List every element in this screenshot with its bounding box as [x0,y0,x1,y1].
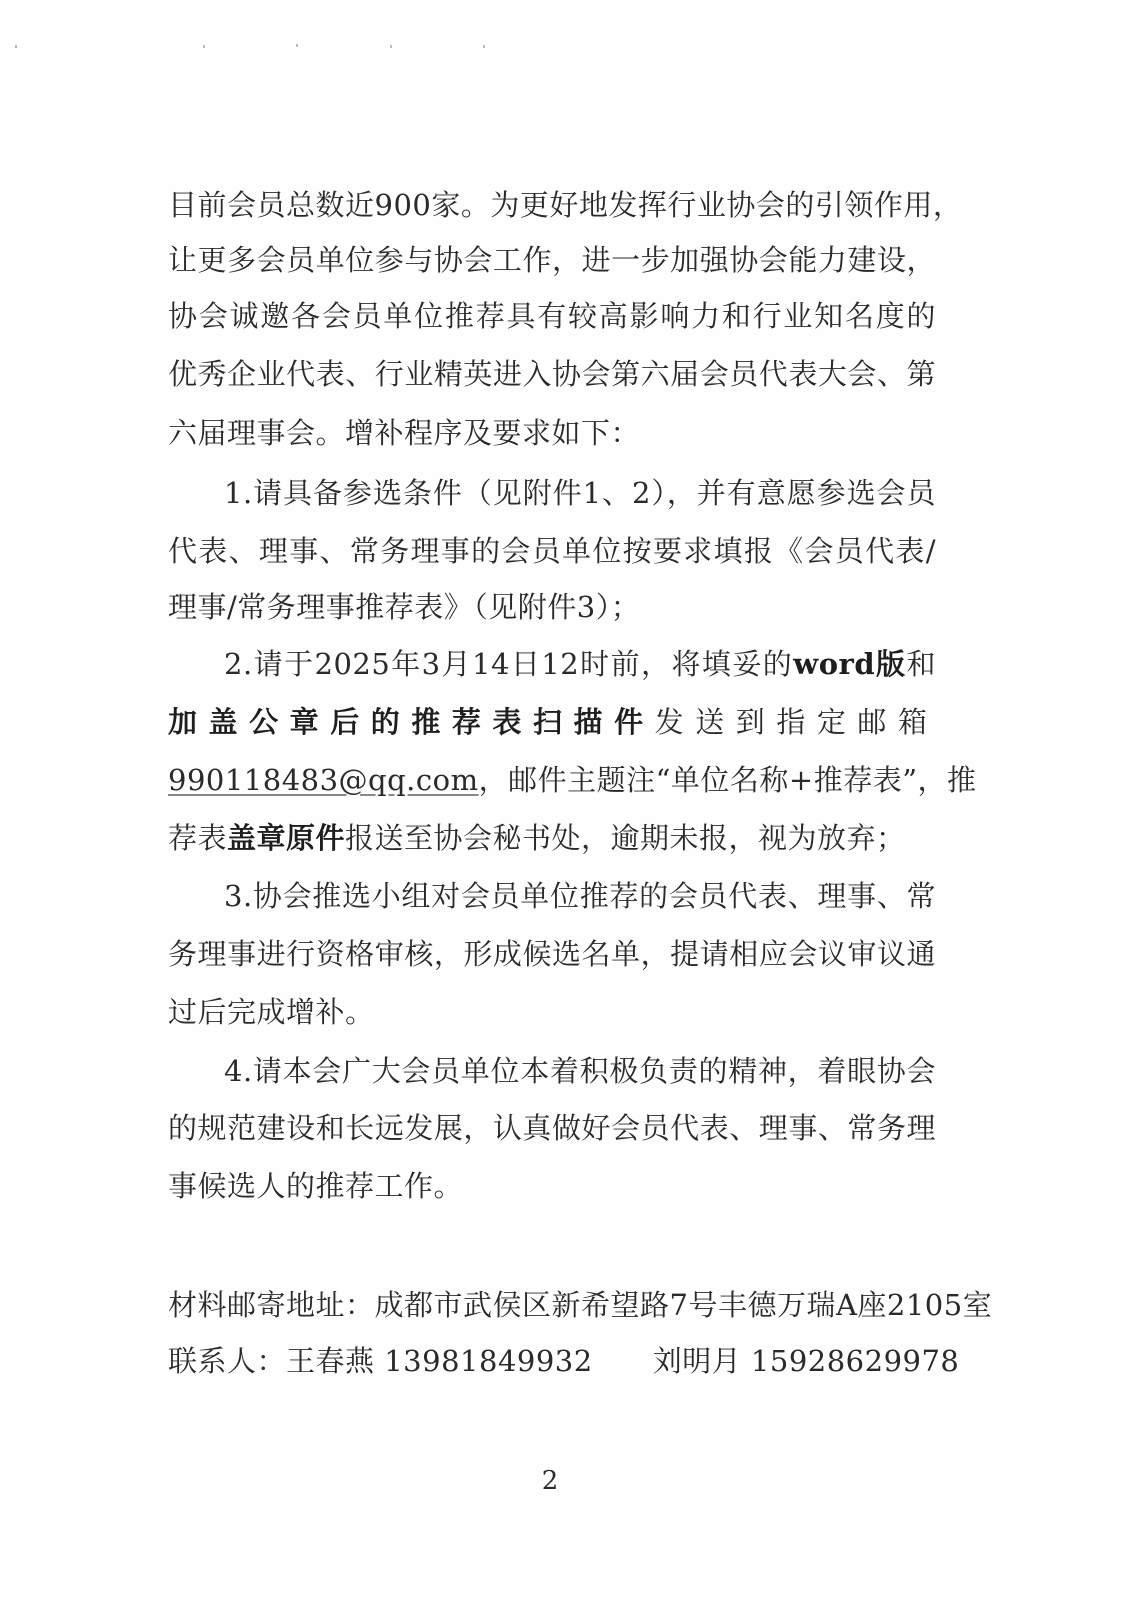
contact-line: 联系人：王春燕 13981849932刘明月 15928629978 [168,1341,936,1381]
item2-and: 和 [906,647,936,681]
contact-label: 联系人： [168,1344,286,1378]
item2-line-1: 2.请于2025年3月14日12时前，将填妥的word版和 [224,644,936,684]
item2-word-version: word版 [793,647,906,681]
intro-line-1: 目前会员总数近900家。为更好地发挥行业协会的引领作用， [168,185,936,225]
item2-line-3: 990118483@qq.com，邮件主题注“单位名称+推荐表”，推 [168,760,936,800]
item4-line-1: 4.请本会广大会员单位本着积极负责的精神，着眼协会 [224,1051,936,1091]
item1-line-1: 1.请具备参选条件（见附件1、2），并有意愿参选会员 [224,473,936,513]
mailing-address: 材料邮寄地址：成都市武侯区新希望路7号丰德万瑞A座2105室 [168,1285,936,1325]
item2-form: 荐表 [168,821,227,855]
intro-line-4: 优秀企业代表、行业精英进入协会第六届会员代表大会、第 [168,354,936,394]
item4-line-2: 的规范建设和长远发展，认真做好会员代表、理事、常务理 [168,1108,936,1148]
page-number: 2 [0,1466,1100,1496]
intro-line-2: 让更多会员单位参与协会工作，进一步加强协会能力建设， [168,240,936,280]
contact-person-2: 刘明月 15928629978 [653,1344,960,1378]
item2-deadline-text: 2.请于2025年3月14日12时前，将填妥的 [224,647,793,681]
contact-person-1: 王春燕 13981849932 [286,1344,593,1378]
item1-line-3: 理事/常务理事推荐表》（见附件3）； [168,587,936,627]
item2-send-to: 发送到指定邮箱 [655,705,936,739]
item1-line-2: 代表、理事、常务理事的会员单位按要求填报《会员代表/ [168,531,936,571]
item4-line-3: 事候选人的推荐工作。 [168,1166,936,1206]
item3-line-1: 3.协会推选小组对会员单位推荐的会员代表、理事、常 [224,876,936,916]
item3-line-2: 务理事进行资格审核，形成候选名单，提请相应会议审议通 [168,934,936,974]
item2-line-4: 荐表盖章原件报送至协会秘书处，逾期未报，视为放弃； [168,818,936,858]
item2-submit-note: 报送至协会秘书处，逾期未报，视为放弃； [345,821,906,855]
scan-speck [203,45,205,48]
item2-scan-emphasis: 加盖公章后的推荐表扫描件 [168,705,655,739]
scan-speck [296,44,298,47]
email-link[interactable]: 990118483@qq.com [168,763,479,797]
intro-line-3: 协会诚邀各会员单位推荐具有较高影响力和行业知名度的 [168,296,936,336]
scan-speck [390,45,392,48]
document-page: 目前会员总数近900家。为更好地发挥行业协会的引领作用， 让更多会员单位参与协会… [0,0,1130,1600]
item2-line-2: 加盖公章后的推荐表扫描件发送到指定邮箱 [168,702,936,742]
intro-line-5: 六届理事会。增补程序及要求如下： [168,413,936,453]
scan-speck [483,45,485,48]
scan-speck [15,45,17,48]
item2-subject-note: ，邮件主题注“单位名称+推荐表”，推 [479,763,977,797]
item2-original-emphasis: 盖章原件 [227,821,345,855]
item3-line-3: 过后完成增补。 [168,992,936,1032]
